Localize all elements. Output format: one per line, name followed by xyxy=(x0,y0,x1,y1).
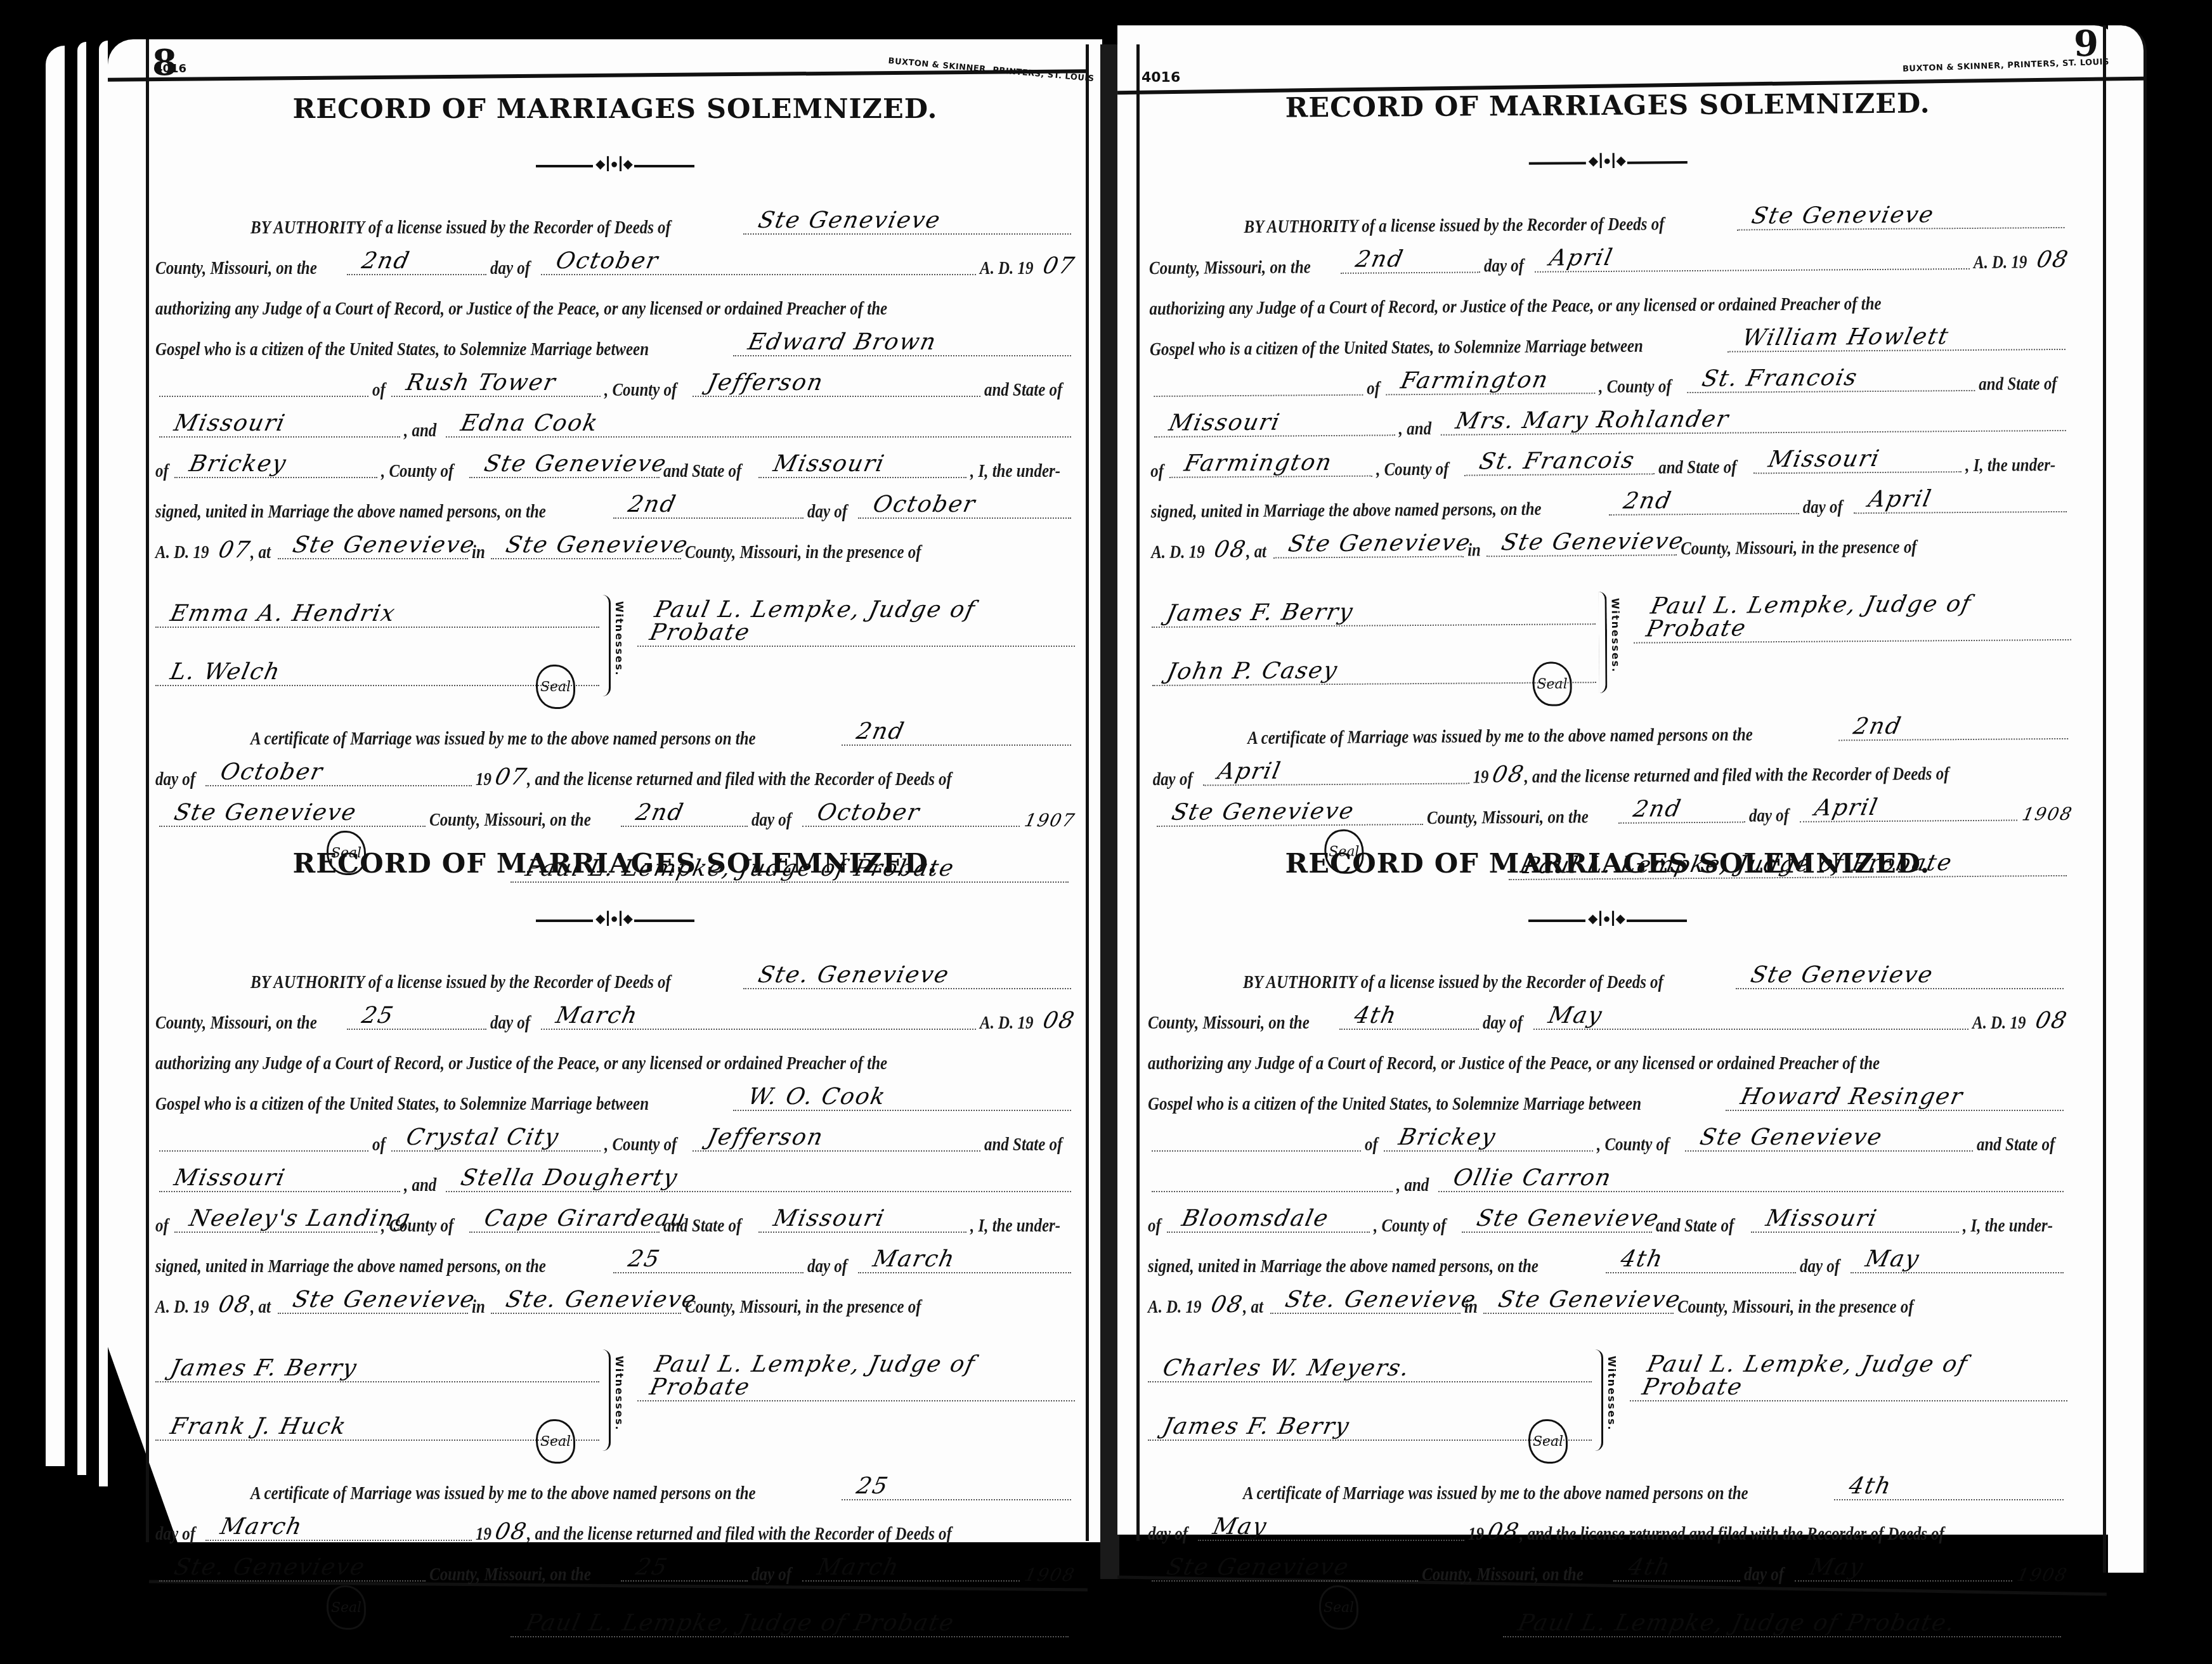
license-county: Ste Genevieve xyxy=(1734,204,1937,228)
form-label: signed, united in Marriage the above nam… xyxy=(155,1256,546,1277)
form-label: 19 xyxy=(476,769,491,790)
filed-day-field: 4th xyxy=(1613,1544,1740,1582)
seal-stamp: Seal xyxy=(536,665,575,709)
groom-name-field: W. O. Cook xyxy=(733,1073,1071,1111)
page-edge xyxy=(46,46,65,1466)
form-label: A. D. 19 xyxy=(1972,1013,2026,1034)
license-date-line: County, Missouri, on the4thday ofMayA. D… xyxy=(1148,993,2067,1034)
form-label: , County of xyxy=(604,380,677,401)
certificate-year: 07 xyxy=(491,766,529,789)
certificate-year: 08 xyxy=(491,1521,529,1544)
groom-state-field: Missouri xyxy=(159,400,400,438)
form-label: and State of xyxy=(1979,374,2057,395)
witness-line: Frank J. Huck xyxy=(155,1382,599,1441)
filed-day: 25 xyxy=(618,1556,670,1579)
form-label: day of xyxy=(1148,1524,1188,1545)
form-label: County, Missouri, on the xyxy=(1148,1013,1310,1034)
bride-county: Ste Genevieve xyxy=(467,453,669,476)
marriage-day: 4th xyxy=(1603,1248,1665,1271)
groom-state-field: Missouri xyxy=(159,1154,400,1192)
groom-county-field: Jefferson xyxy=(693,359,980,397)
filed-county: Ste Genevieve xyxy=(1149,1556,1351,1579)
witness-line: James F. Berry xyxy=(1148,1382,1592,1441)
marriage-month: May xyxy=(1848,1248,1922,1271)
form-label: County, Missouri, on the xyxy=(1149,257,1311,279)
filed-day: 4th xyxy=(1611,1556,1673,1579)
marriage-place: Ste Genevieve xyxy=(275,534,478,557)
form-label: authorizing any Judge of a Court of Reco… xyxy=(1148,1053,1880,1074)
form-label: day of xyxy=(1803,497,1843,517)
form-label: of xyxy=(1150,461,1164,482)
right-form-number: 4016 xyxy=(1142,70,1180,86)
marriage-date-line: signed, united in Marriage the above nam… xyxy=(1148,1237,2067,1277)
filed-day: 2nd xyxy=(1617,798,1684,821)
certificate-month-field: October xyxy=(205,748,472,786)
bride-state: Missouri xyxy=(1748,1207,1880,1230)
form-label: day of xyxy=(1749,805,1789,826)
witness-brace xyxy=(602,1349,611,1451)
filed-county: Ste Genevieve xyxy=(1154,800,1356,824)
witness-name: James F. Berry xyxy=(1145,1415,1352,1438)
bride-residence-field: Bloomsdale xyxy=(1167,1195,1370,1233)
marriage-month-field: April xyxy=(1853,474,2067,514)
marriage-day-field: 4th xyxy=(1606,1235,1796,1273)
marriage-place-line: A. D. 1907, atSte GenevieveinSte Genevie… xyxy=(155,523,1075,563)
license-day-field: 2nd xyxy=(347,237,486,275)
bride-county-field: St. Francois xyxy=(1464,436,1655,476)
seal-stamp: Seal xyxy=(1532,661,1571,706)
license-month: May xyxy=(1531,1004,1604,1027)
witnesses-label: Witnesses. xyxy=(613,1356,625,1431)
page-edge xyxy=(77,42,86,1475)
officiant-signature-field: Paul L. Lempke, Judge of Probate xyxy=(1634,601,2071,644)
witness-line: James F. Berry xyxy=(155,1324,599,1382)
form-label: day of xyxy=(490,258,530,279)
filing-signature-field: Paul L. Lempke, Judge of Probate xyxy=(511,1598,1069,1637)
form-label: County, Missouri, in the presence of xyxy=(685,1297,921,1318)
witness-name: Charles W. Meyers. xyxy=(1145,1357,1412,1380)
record-title: RECORD OF MARRIAGES SOLEMNIZED. xyxy=(155,843,1075,884)
form-label: , County of xyxy=(604,1134,677,1155)
form-label: day of xyxy=(1744,1564,1784,1585)
certificate-line: A certificate of Marriage was issued by … xyxy=(155,1464,1075,1504)
officiant-signature: Paul L. Lempke, Judge of Probate xyxy=(632,599,1079,644)
marriage-record: RECORD OF MARRIAGES SOLEMNIZED. BY AUTHO… xyxy=(1148,82,2073,888)
marriage-place-line: A. D. 1908, atSte GenevieveinSte Genevie… xyxy=(1151,516,2071,563)
groom-county-field: St. Francois xyxy=(1687,353,1975,393)
marriage-year: 08 xyxy=(215,1294,252,1316)
form-label: day of xyxy=(751,1564,791,1585)
witness-list: James F. Berry Frank J. Huck xyxy=(155,1324,599,1441)
form-label: authorizing any Judge of a Court of Reco… xyxy=(155,299,887,320)
marriage-year: 08 xyxy=(1207,1294,1245,1316)
witness-name: John P. Casey xyxy=(1150,660,1340,684)
seal-stamp: Seal xyxy=(536,1419,575,1464)
filed-county-field: Ste. Genevieve xyxy=(159,1544,426,1582)
certificate-month-field: April xyxy=(1203,746,1469,786)
witness-brace xyxy=(602,595,611,696)
bride-state: Missouri xyxy=(756,1207,887,1230)
witness-brace xyxy=(1595,1349,1603,1451)
right-outer-rule xyxy=(2103,25,2106,1573)
groom-county-field: Jefferson xyxy=(693,1114,980,1152)
authorizing-line: authorizing any Judge of a Court of Reco… xyxy=(1148,1034,2067,1074)
license-month-field: May xyxy=(1533,992,1968,1030)
witness-line: Charles W. Meyers. xyxy=(1148,1324,1592,1382)
form-label: signed, united in Marriage the above nam… xyxy=(155,502,546,523)
bride-county: Cape Girardeau xyxy=(467,1207,689,1230)
certificate-day-field: 2nd xyxy=(842,708,1071,746)
form-label: County, Missouri, on the xyxy=(1427,807,1589,829)
officiant-signature: Paul L. Lempke, Judge of Probate xyxy=(632,1353,1079,1399)
certificate-line: A certificate of Marriage was issued by … xyxy=(1148,1464,2067,1504)
license-day: 4th xyxy=(1337,1004,1399,1027)
filed-county-field: Ste Genevieve xyxy=(1152,1544,1418,1582)
form-label: in xyxy=(472,1297,485,1318)
groom-name-field: William Howlett xyxy=(1727,312,2066,353)
form-label: County, Missouri, in the presence of xyxy=(685,542,921,563)
bride-state-field: Missouri xyxy=(1751,1195,1959,1233)
form-label: , and the license returned and filed wit… xyxy=(527,1524,952,1545)
groom-name: William Howlett xyxy=(1725,325,1951,349)
license-date-line: County, Missouri, on the2ndday ofOctober… xyxy=(155,238,1075,279)
marriage-place-line: A. D. 1908, atSte. GenevieveinSte Genevi… xyxy=(1148,1277,2067,1318)
witness-block: Charles W. Meyers. James F. Berry Witnes… xyxy=(1148,1324,2067,1464)
certificate-day-field: 2nd xyxy=(1838,701,2068,741)
bride-line: , andOllie Carron xyxy=(1148,1155,2067,1196)
license-line: BY AUTHORITY of a license issued by the … xyxy=(155,198,1075,238)
form-label: Gospel who is a citizen of the United St… xyxy=(1148,1094,1641,1115)
bride-residence: Farmington xyxy=(1168,452,1335,476)
witness-name: James F. Berry xyxy=(153,1357,360,1380)
officiant-signature: Paul L. Lempke, Judge of Probate xyxy=(1629,592,2076,641)
ornament-divider xyxy=(1529,156,1688,170)
form-label: BY AUTHORITY of a license issued by the … xyxy=(250,218,671,238)
bride-name-field: Mrs. Mary Rohlander xyxy=(1440,393,2066,436)
form-label: , County of xyxy=(1376,459,1449,481)
witness-brace xyxy=(1599,592,1608,693)
form-label: , and the license returned and filed wit… xyxy=(527,769,952,790)
marriage-county: Ste Genevieve xyxy=(1485,530,1687,554)
groom-residence-line: ofRush Tower, County ofJeffersonand Stat… xyxy=(155,360,1075,401)
bride-name: Ollie Carron xyxy=(1436,1167,1614,1190)
groom-state-field xyxy=(1152,1154,1393,1192)
form-label: BY AUTHORITY of a license issued by the … xyxy=(1243,972,1663,993)
filing-signature-row: Seal Paul L. Lempke, Judge of Probate. xyxy=(1148,1585,2067,1642)
license-year: 07 xyxy=(1039,255,1077,278)
form-label: of xyxy=(372,1134,386,1155)
groom-residence: Rush Tower xyxy=(389,372,558,394)
bride-name-field: Edna Cook xyxy=(446,400,1071,438)
form-label: day of xyxy=(1152,769,1192,790)
filed-year: 1908 xyxy=(2014,1566,2069,1584)
form-label: County, Missouri, in the presence of xyxy=(1681,537,1917,560)
filed-month: May xyxy=(1792,1556,1866,1579)
groom-county-field: Ste Genevieve xyxy=(1685,1114,1972,1152)
certificate-line: A certificate of Marriage was issued by … xyxy=(155,709,1075,750)
filed-county-field: Ste Genevieve xyxy=(159,789,426,827)
form-label: day of xyxy=(751,810,791,831)
groom-residence-field: Crystal City xyxy=(391,1114,601,1152)
form-label: A. D. 19 xyxy=(155,1297,209,1318)
marriage-county-field: Ste Genevieve xyxy=(491,521,681,559)
form-label: , I, the under- xyxy=(970,1216,1060,1237)
marriage-county-field: Ste Genevieve xyxy=(1483,1276,1674,1314)
officiant-signature-field: Paul L. Lempke, Judge of Probate xyxy=(1630,1362,2067,1401)
form-label: , and xyxy=(1396,1175,1429,1196)
form-label: signed, united in Marriage the above nam… xyxy=(1151,499,1542,523)
bride-county-field: Ste Genevieve xyxy=(1462,1195,1652,1233)
witness-line: L. Welch xyxy=(155,628,599,686)
certificate-day: 2nd xyxy=(840,720,908,743)
license-county-field: Ste Genevieve xyxy=(1736,951,2064,989)
form-label: , County of xyxy=(381,461,453,482)
marriage-place-line: A. D. 1908, atSte GenevieveinSte. Genevi… xyxy=(155,1277,1075,1318)
form-label: of xyxy=(1148,1216,1161,1237)
bride-residence-line: ofBloomsdale, County ofSte Genevieveand … xyxy=(1148,1196,2067,1237)
form-label: Gospel who is a citizen of the United St… xyxy=(155,339,649,360)
groom-residence-field: Brickey xyxy=(1384,1114,1593,1152)
witness-line: James F. Berry xyxy=(1151,566,1596,628)
filed-line: Ste GenevieveCounty, Missouri, on the2nd… xyxy=(1153,784,2072,831)
form-label: , at xyxy=(1246,542,1266,562)
license-day: 2nd xyxy=(1338,248,1406,271)
form-label: of xyxy=(1365,1134,1378,1155)
form-label: and State of xyxy=(1658,457,1737,479)
form-label: in xyxy=(1467,540,1481,561)
form-label: of xyxy=(155,461,169,482)
marriage-place: Ste Genevieve xyxy=(1271,531,1473,556)
certificate-month-line: day ofMarch1908, and the license returne… xyxy=(155,1504,1075,1545)
groom-county: Ste Genevieve xyxy=(1682,1126,1885,1149)
marriage-place: Ste Genevieve xyxy=(275,1289,478,1311)
groom-residence-field: Rush Tower xyxy=(391,359,601,397)
license-day: 2nd xyxy=(344,250,412,273)
form-label: signed, united in Marriage the above nam… xyxy=(1148,1256,1539,1277)
form-label: County, Missouri, on the xyxy=(1422,1564,1584,1585)
officiant-signature-field: Paul L. Lempke, Judge of Probate xyxy=(637,1362,1075,1401)
groom-state: Missouri xyxy=(157,412,288,435)
form-label: , I, the under- xyxy=(1965,455,2055,476)
witness-name: James F. Berry xyxy=(1149,601,1355,625)
right-page-edge xyxy=(2108,25,2147,1573)
groom-name: Edward Brown xyxy=(731,331,939,354)
bride-state: Missouri xyxy=(756,453,887,476)
filed-county-field: Ste Genevieve xyxy=(1157,787,1423,827)
groom-state-field: Missouri xyxy=(1154,398,1395,438)
book-binding xyxy=(1100,44,1119,1579)
form-label: County, Missouri, in the presence of xyxy=(1677,1297,1914,1318)
certificate-day: 2nd xyxy=(1837,715,1904,739)
license-month-field: April xyxy=(1534,231,1970,273)
marriage-county: Ste Genevieve xyxy=(1481,1289,1684,1311)
form-label: 19 xyxy=(1473,767,1489,788)
witness-block: Emma A. Hendrix L. Welch Witnesses. Paul… xyxy=(155,569,1075,709)
license-date-line: County, Missouri, on the25day ofMarchA. … xyxy=(155,993,1075,1034)
marriage-place-field: Ste Genevieve xyxy=(278,521,468,559)
filed-day-field: 2nd xyxy=(1618,784,1745,823)
ornament-divider xyxy=(536,160,694,172)
marriage-date-line: signed, united in Marriage the above nam… xyxy=(155,1237,1075,1277)
form-label: 19 xyxy=(476,1524,491,1545)
form-label: and State of xyxy=(663,1216,741,1237)
form-label: Gospel who is a citizen of the United St… xyxy=(155,1094,649,1115)
form-label: County, Missouri, on the xyxy=(155,1013,317,1034)
groom-county: Jefferson xyxy=(690,372,826,394)
groom-state: Missouri xyxy=(1152,412,1282,435)
filed-day: 2nd xyxy=(618,802,686,824)
groom-county: Jefferson xyxy=(690,1126,826,1149)
license-month: March xyxy=(538,1004,641,1027)
left-gutter-rule xyxy=(1086,44,1089,1541)
certificate-month: October xyxy=(203,761,325,784)
filed-day-field: 2nd xyxy=(621,789,748,827)
bride-state: Missouri xyxy=(1751,448,1882,471)
officiant-signature: Paul L. Lempke, Judge of Probate xyxy=(1625,1353,2072,1399)
form-label: , and xyxy=(404,420,436,441)
license-county-field: Ste Genevieve xyxy=(743,197,1071,235)
gospel-line: Gospel who is a citizen of the United St… xyxy=(155,1074,1075,1115)
groom-name: Howard Resinger xyxy=(1723,1086,1965,1108)
gospel-line: Gospel who is a citizen of the United St… xyxy=(1148,1074,2067,1115)
form-label: County, Missouri, on the xyxy=(155,258,317,279)
form-label: A certificate of Marriage was issued by … xyxy=(250,729,756,750)
groom-residence-line: ofCrystal City, County ofJeffersonand St… xyxy=(155,1115,1075,1155)
filed-year: 1908 xyxy=(2019,805,2074,824)
form-label: A. D. 19 xyxy=(1974,252,2027,273)
form-label: , County of xyxy=(381,1216,453,1237)
filed-line: Ste GenevieveCounty, Missouri, on the4th… xyxy=(1148,1545,2067,1585)
bride-name: Stella Dougherty xyxy=(443,1167,680,1190)
groom-county: St. Francois xyxy=(1685,367,1860,391)
bride-residence-line: ofBrickey, County ofSte Genevieveand Sta… xyxy=(155,441,1075,482)
bride-residence-field: Brickey xyxy=(174,440,377,478)
marriage-county: Ste Genevieve xyxy=(489,534,691,557)
license-county: Ste Genevieve xyxy=(741,209,943,232)
bride-name: Edna Cook xyxy=(443,412,601,435)
certificate-month-line: day ofOctober1907, and the license retur… xyxy=(155,750,1075,790)
authorizing-line: authorizing any Judge of a Court of Reco… xyxy=(155,1034,1075,1074)
officiant-signature-field: Paul L. Lempke, Judge of Probate xyxy=(637,608,1075,647)
marriage-month: October xyxy=(856,493,978,516)
form-label: in xyxy=(1464,1297,1478,1318)
marriage-day-field: 25 xyxy=(613,1235,803,1273)
marriage-county-field: Ste. Genevieve xyxy=(491,1276,681,1314)
license-year: 08 xyxy=(1039,1010,1077,1032)
license-county: Ste. Genevieve xyxy=(741,964,951,987)
form-label: County, Missouri, on the xyxy=(429,810,591,831)
form-label: , at xyxy=(250,542,271,563)
filed-county: Ste. Genevieve xyxy=(157,1556,367,1579)
marriage-day: 2nd xyxy=(611,493,679,516)
form-label: day of xyxy=(807,1256,847,1277)
certificate-day-field: 25 xyxy=(842,1462,1071,1500)
filed-month: April xyxy=(1797,796,1880,820)
form-label: authorizing any Judge of a Court of Reco… xyxy=(155,1053,887,1074)
form-label: day of xyxy=(155,1524,195,1545)
witnesses-label: Witnesses. xyxy=(1610,598,1622,673)
witness-block: James F. Berry Frank J. Huck Witnesses. … xyxy=(155,1324,1075,1464)
form-label: , and xyxy=(404,1175,436,1196)
groom-residence: Farmington xyxy=(1384,369,1551,393)
form-label: A. D. 19 xyxy=(980,258,1034,279)
license-year: 08 xyxy=(2033,249,2071,271)
witnesses-label: Witnesses. xyxy=(613,601,625,677)
right-margin-rule xyxy=(1136,44,1140,1541)
witness-list: Emma A. Hendrix L. Welch xyxy=(155,569,599,686)
license-day-field: 25 xyxy=(347,992,486,1030)
groom-name-field: Howard Resinger xyxy=(1726,1073,2064,1111)
license-line: BY AUTHORITY of a license issued by the … xyxy=(1148,952,2067,993)
filed-year: 1907 xyxy=(1022,812,1077,829)
license-county: Ste Genevieve xyxy=(1733,964,1935,987)
authorizing-line: authorizing any Judge of a Court of Reco… xyxy=(155,279,1075,320)
form-label: , and xyxy=(1399,419,1432,439)
form-label: and State of xyxy=(984,1134,1062,1155)
form-label: day of xyxy=(155,769,195,790)
witnesses-label: Witnesses. xyxy=(1606,1356,1618,1431)
record-title: RECORD OF MARRIAGES SOLEMNIZED. xyxy=(1148,82,2067,129)
license-month: April xyxy=(1532,247,1615,270)
seal-stamp: Seal xyxy=(1528,1419,1568,1464)
marriage-day: 2nd xyxy=(1606,490,1674,513)
form-label: , at xyxy=(250,1297,271,1318)
form-label: day of xyxy=(807,502,847,523)
license-county-field: Ste Genevieve xyxy=(1736,190,2065,231)
form-label: , I, the under- xyxy=(1963,1216,2053,1237)
license-line: BY AUTHORITY of a license issued by the … xyxy=(155,952,1075,993)
filed-month-field: October xyxy=(802,789,1020,827)
filed-day-field: 25 xyxy=(621,1544,748,1582)
license-date-line: County, Missouri, on the2ndday ofAprilA.… xyxy=(1149,232,2069,279)
witness-list: Charles W. Meyers. James F. Berry xyxy=(1148,1324,1592,1441)
license-day-field: 2nd xyxy=(1341,235,1480,274)
license-year: 08 xyxy=(2032,1010,2069,1032)
bride-name-field: Stella Dougherty xyxy=(446,1154,1071,1192)
certificate-month: March xyxy=(203,1516,305,1538)
filed-line: Ste. GenevieveCounty, Missouri, on the25… xyxy=(155,1545,1075,1585)
bride-county: St. Francois xyxy=(1462,450,1637,474)
certificate-month-line: day ofMay1908, and the license returned … xyxy=(1148,1504,2067,1545)
bride-state-field: Missouri xyxy=(1753,434,1962,474)
form-label: day of xyxy=(1484,256,1524,276)
marriage-record: RECORD OF MARRIAGES SOLEMNIZED. BY AUTHO… xyxy=(1148,843,2067,1642)
form-label: of xyxy=(155,1216,169,1237)
bride-residence: Brickey xyxy=(172,453,289,476)
certificate-day-field: 4th xyxy=(1834,1462,2064,1500)
marriage-month: March xyxy=(856,1248,958,1271)
groom-residence-line: ofBrickey, County ofSte Genevieveand Sta… xyxy=(1148,1115,2067,1155)
bride-name: Mrs. Mary Rohlander xyxy=(1438,408,1731,433)
witness-name: Frank J. Huck xyxy=(153,1415,349,1438)
form-label: , at xyxy=(1243,1297,1263,1318)
form-label: 19 xyxy=(1468,1524,1484,1545)
form-label: A certificate of Marriage was issued by … xyxy=(250,1483,756,1504)
bride-line: Missouri, andEdna Cook xyxy=(155,401,1075,441)
form-label: day of xyxy=(1483,1013,1523,1034)
marriage-place-field: Ste. Genevieve xyxy=(1270,1276,1461,1314)
bride-state-field: Missouri xyxy=(758,440,966,478)
filing-signature-field: Paul L. Lempke, Judge of Probate. xyxy=(1503,1598,2061,1637)
form-label: A certificate of Marriage was issued by … xyxy=(1247,724,1753,749)
groom-residence: Brickey xyxy=(1381,1126,1498,1149)
license-month-field: March xyxy=(541,992,976,1030)
bride-county-field: Ste Genevieve xyxy=(469,440,660,478)
form-label: , County of xyxy=(1374,1216,1446,1237)
bride-state-field: Missouri xyxy=(758,1195,966,1233)
marriage-month-field: May xyxy=(1851,1235,2064,1273)
marriage-place-field: Ste Genevieve xyxy=(1273,519,1464,559)
